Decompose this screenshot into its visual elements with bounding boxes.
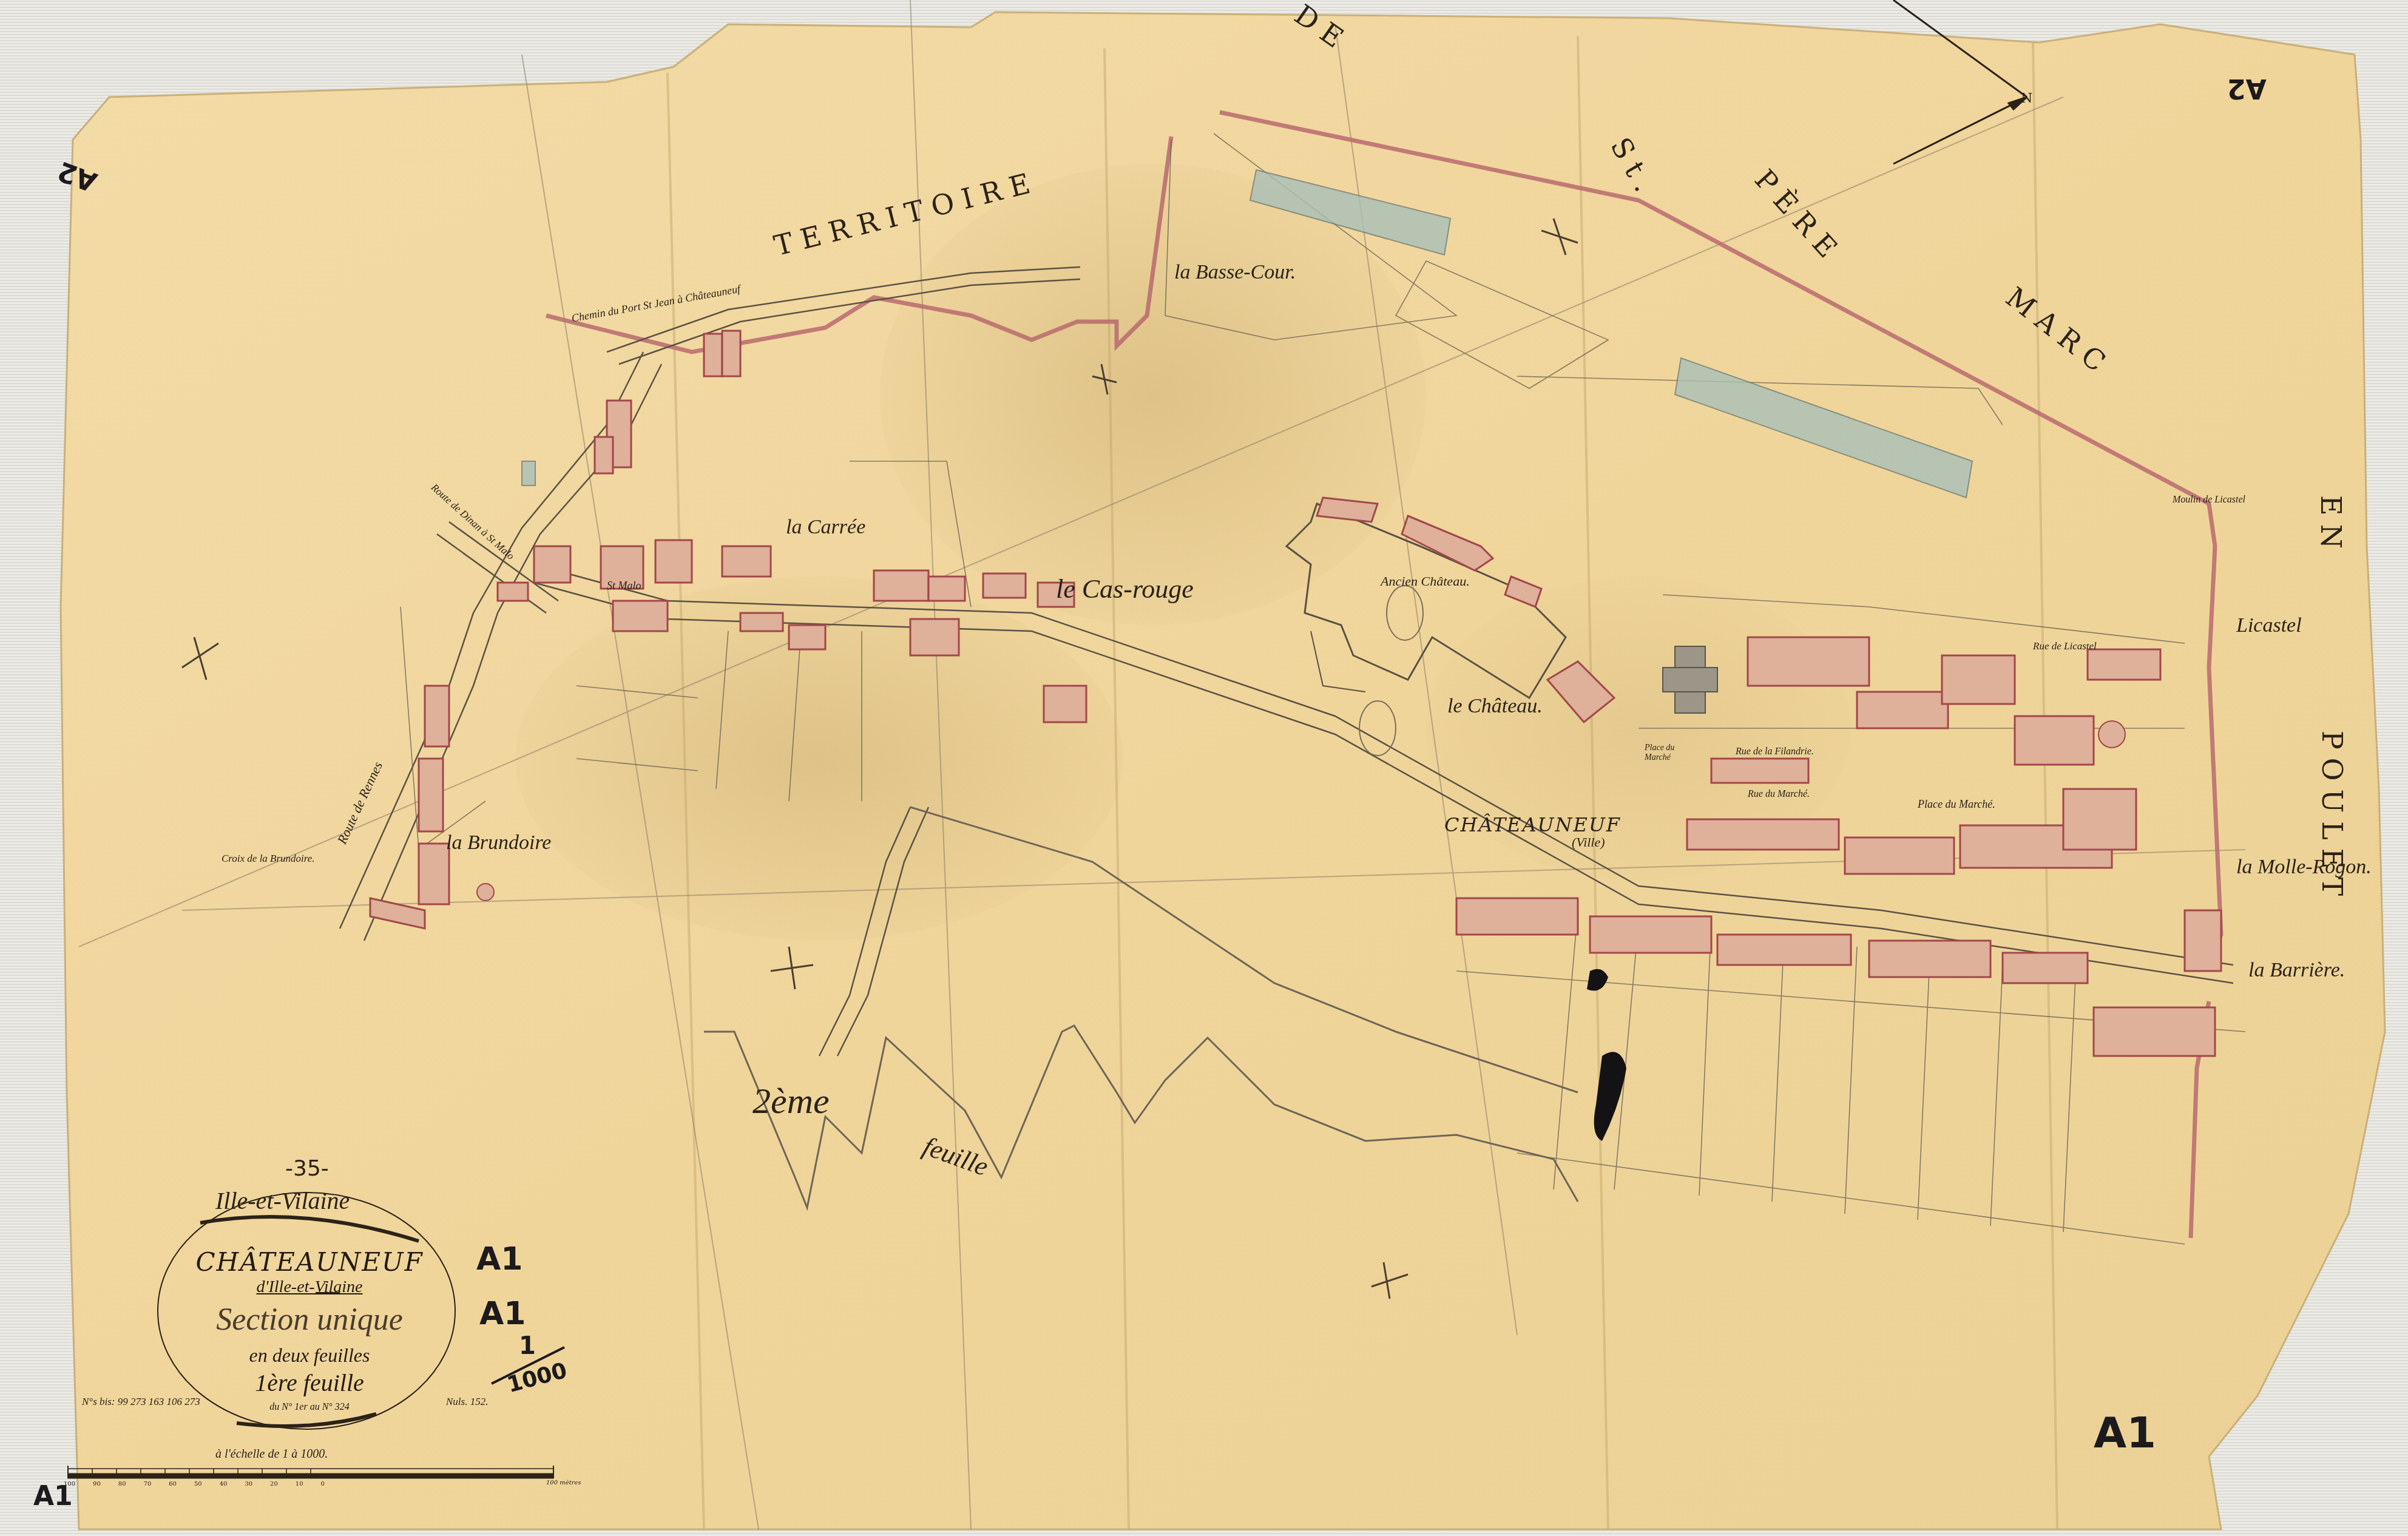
label-deuxieme: 2ème: [752, 1080, 830, 1122]
place-ville: (Ville): [1572, 834, 1605, 850]
place-basse-cour: la Basse-Cour.: [1174, 261, 1296, 284]
nuls-count: Nuls. 152.: [446, 1396, 488, 1408]
archive-mark-top-right: A2: [2227, 73, 2267, 104]
place-le-chateau: le Château.: [1447, 695, 1543, 718]
place-la-brundoire: la Brundoire: [446, 831, 551, 854]
place-ancien-chateau: Ancien Château.: [1381, 573, 1470, 589]
scale-tick: 20: [270, 1481, 278, 1487]
street-st-malo: St Malo: [607, 580, 641, 592]
scale-tick: 50: [194, 1481, 202, 1487]
map-section: Section unique: [170, 1302, 449, 1338]
scale-tick: 30: [245, 1481, 252, 1487]
north-label: N: [2021, 91, 2032, 106]
scale-tick: 80: [118, 1481, 126, 1487]
place-chateauneuf-ville: CHÂTEAUNEUF: [1444, 813, 1621, 836]
cartouche: CHÂTEAUNEUF d'Ille-et-Vilaine Section un…: [170, 1199, 449, 1411]
scale-tick: 90: [93, 1481, 101, 1487]
street-rue-filandrie: Rue de la Filandrie.: [1736, 746, 1814, 757]
place-la-carree: la Carrée: [786, 516, 865, 539]
map-subtitle: d'Ille-et-Vilaine: [170, 1277, 449, 1297]
scale-tick: 10: [296, 1481, 303, 1487]
label-en: EN: [2315, 495, 2347, 557]
map-title: CHÂTEAUNEUF: [170, 1247, 449, 1277]
street-rue-licastel: Rue de Licastel: [2033, 640, 2097, 652]
scale-text: à l'échelle de 1 à 1000.: [215, 1447, 328, 1461]
scale-fraction-num: 1: [519, 1332, 536, 1360]
place-cas-rouge: le Cas-rouge: [1056, 573, 1194, 604]
scale-end-label: 100 mètres: [546, 1480, 581, 1486]
scale-tick: 40: [220, 1481, 228, 1487]
archive-mark-cartouche-2: A1: [479, 1296, 526, 1332]
place-croix-brundoire: Croix de la Brundoire.: [222, 853, 315, 865]
scale-tick: 0: [321, 1481, 325, 1487]
scale-tick: 70: [144, 1481, 152, 1487]
department-number: -35-: [285, 1156, 329, 1181]
map-range: du N° 1er au N° 324: [170, 1402, 449, 1413]
scale-tick: 60: [169, 1481, 177, 1487]
place-la-barriere: la Barrière.: [2248, 959, 2345, 982]
map-sheets: en deux feuilles: [170, 1344, 449, 1367]
street-place-marche-2: Place du Marché.: [1918, 798, 1995, 811]
archive-mark-bottom-right: A1: [2094, 1408, 2156, 1458]
scale-tick: 100: [64, 1481, 75, 1487]
street-place-marche-1: Place du Marché: [1645, 743, 1681, 763]
place-molle-rogon: la Molle-Rogon.: [2236, 856, 2372, 879]
archive-mark-cartouche-1: A1: [476, 1241, 523, 1277]
street-rue-marche: Rue du Marché.: [1748, 789, 1810, 800]
scale-ticks: 100 90 80 70 60 50 40 30 20 10 0: [64, 1481, 325, 1487]
place-moulin-licastel: Moulin de Licastel: [2173, 495, 2245, 506]
bis-numbers: N°s bis: 99 273 163 106 273: [82, 1396, 200, 1408]
map-sheet: 1ère feuille: [170, 1369, 449, 1397]
place-licastel: Licastel: [2236, 614, 2302, 637]
